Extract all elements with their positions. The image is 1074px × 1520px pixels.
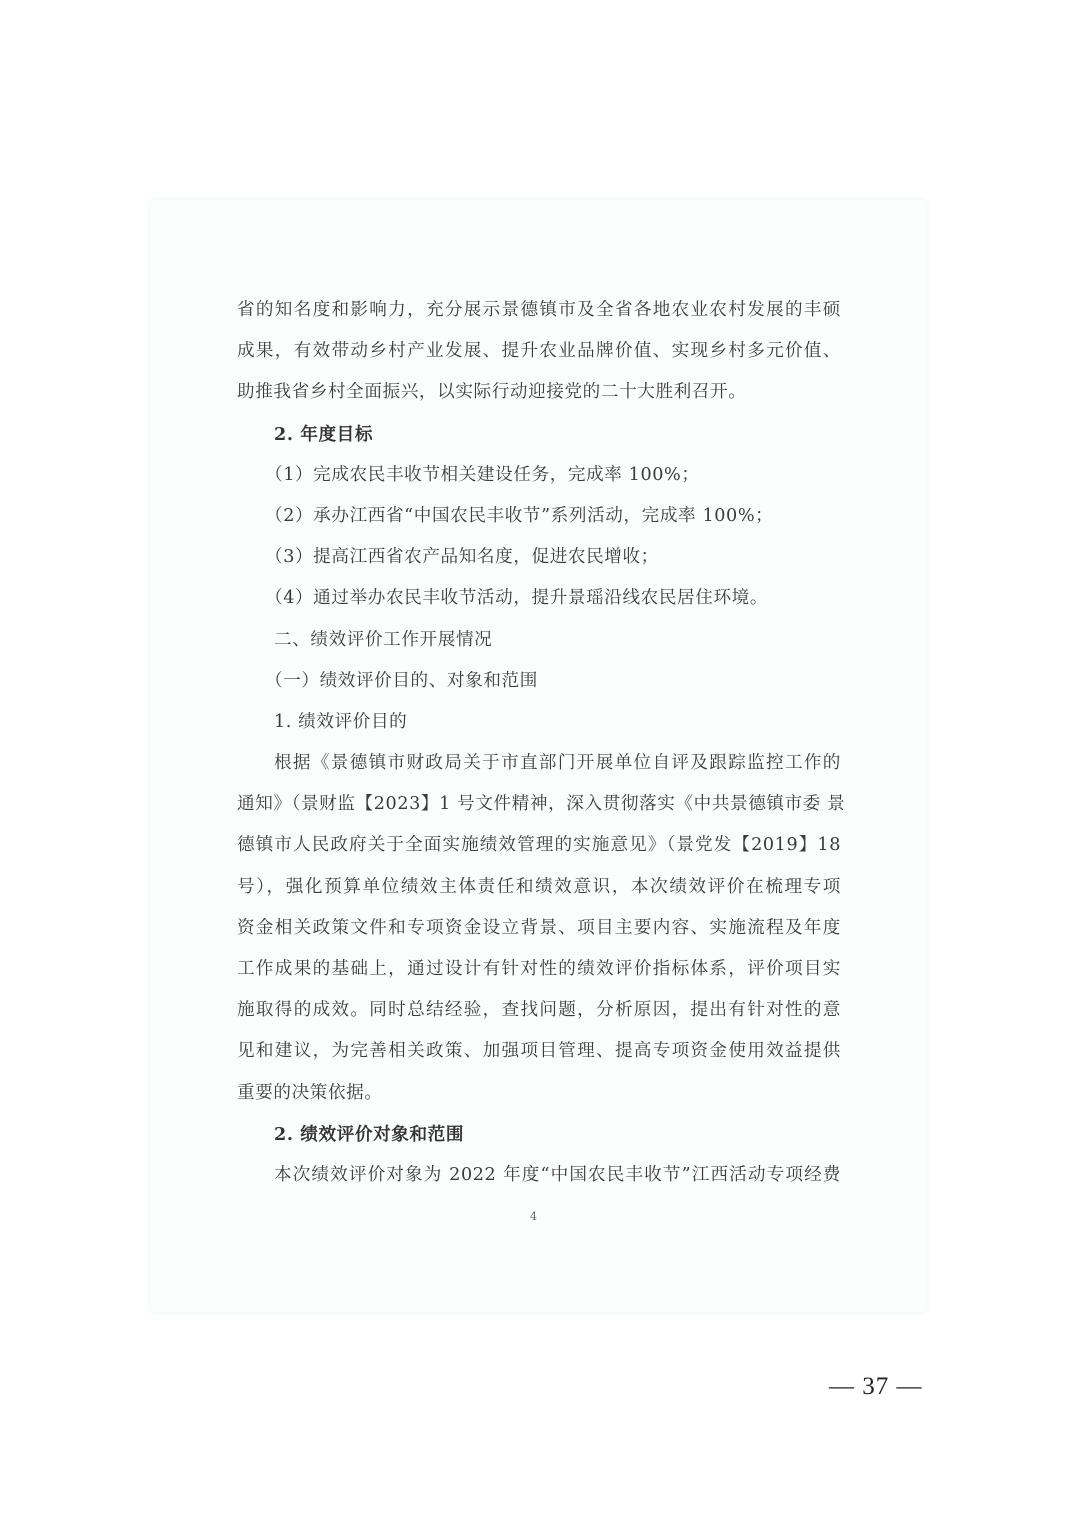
section-heading-annual-goals: 2. 年度目标 xyxy=(237,414,841,455)
body-line: 工作成果的基础上，通过设计有针对性的绩效评价指标体系，评价项目实 xyxy=(237,949,841,990)
body-line: 重要的决策依据。 xyxy=(237,1073,841,1114)
body-line: 省的知名度和影响力，充分展示景德镇市及全省各地农业农村发展的丰硕 xyxy=(237,290,841,331)
body-line: 成果，有效带动乡村产业发展、提升农业品牌价值、实现乡村多元价值、 xyxy=(237,331,841,372)
body-line: 本次绩效评价对象为 2022 年度“中国农民丰收节”江西活动专项经费 xyxy=(237,1155,841,1196)
body-line: 施取得的成效。同时总结经验，查找问题，分析原因，提出有针对性的意 xyxy=(237,990,841,1031)
body-line: 德镇市人民政府关于全面实施绩效管理的实施意见》（景党发【2019】18 xyxy=(237,825,841,866)
section-heading-evaluation: 二、绩效评价工作开展情况 xyxy=(237,620,841,661)
subheading-evaluation-purpose: 1. 绩效评价目的 xyxy=(237,702,841,743)
subsection-heading-purpose-scope: （一）绩效评价目的、对象和范围 xyxy=(237,661,841,702)
outer-page-number: — 37 — xyxy=(829,1373,923,1401)
goal-item-4: （4）通过举办农民丰收节活动，提升景瑶沿线农民居住环境。 xyxy=(237,578,841,619)
goal-item-2: （2）承办江西省“中国农民丰收节”系列活动，完成率 100%； xyxy=(237,496,841,537)
goal-item-3: （3）提高江西省农产品知名度，促进农民增收； xyxy=(237,537,841,578)
document-body: 省的知名度和影响力，充分展示景德镇市及全省各地农业农村发展的丰硕 成果，有效带动… xyxy=(237,290,841,1196)
body-line: 资金相关政策文件和专项资金设立背景、项目主要内容、实施流程及年度 xyxy=(237,908,841,949)
body-line: 号），强化预算单位绩效主体责任和绩效意识，本次绩效评价在梳理专项 xyxy=(237,867,841,908)
goal-item-1: （1）完成农民丰收节相关建设任务，完成率 100%； xyxy=(237,455,841,496)
subheading-evaluation-scope: 2. 绩效评价对象和范围 xyxy=(237,1114,841,1155)
inner-page-number: 4 xyxy=(530,1210,537,1223)
body-line: 根据《景德镇市财政局关于市直部门开展单位自评及跟踪监控工作的 xyxy=(237,743,841,784)
body-line: 见和建议，为完善相关政策、加强项目管理、提高专项资金使用效益提供 xyxy=(237,1031,841,1072)
body-line: 助推我省乡村全面振兴，以实际行动迎接党的二十大胜利召开。 xyxy=(237,372,841,413)
body-line: 通知》（景财监【2023】1 号文件精神，深入贯彻落实《中共景德镇市委 景 xyxy=(237,784,841,825)
